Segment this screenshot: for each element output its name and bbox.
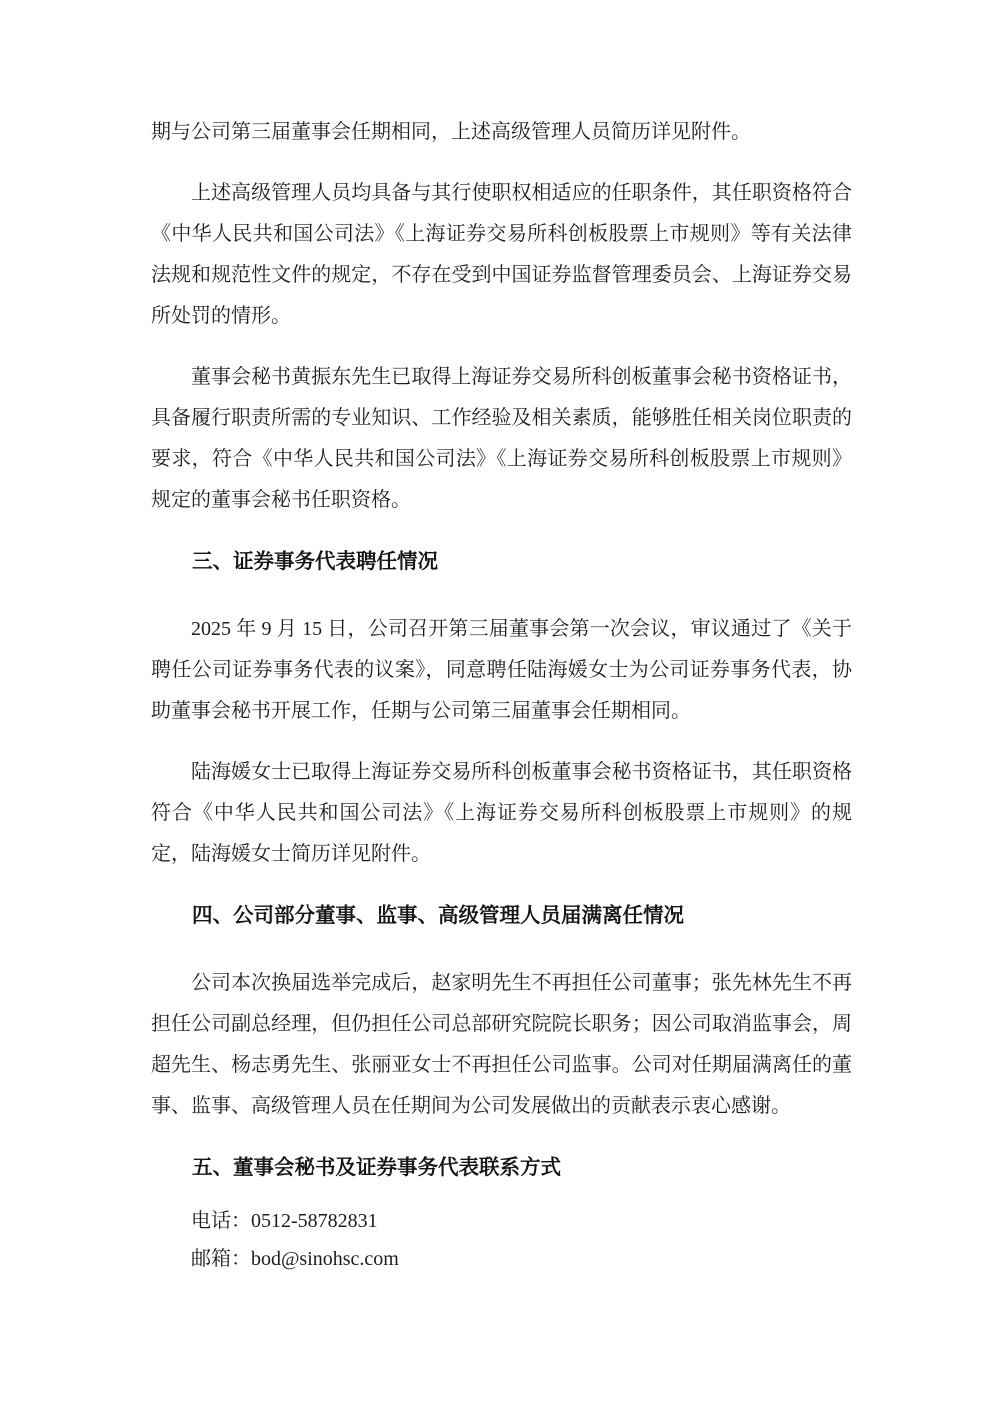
document-content: 期与公司第三届董事会任期相同，上述高级管理人员简历详见附件。 上述高级管理人员均… [151, 112, 852, 1278]
paragraph-lu-haiyuan-qualification: 陆海媛女士已取得上海证券交易所科创板董事会秘书资格证书，其任职资格符合《中华人民… [151, 752, 852, 875]
paragraph-departure-details: 公司本次换届选举完成后，赵家明先生不再担任公司董事；张先林先生不再担任公司副总经… [151, 963, 852, 1127]
paragraph-board-meeting-appointment: 2025 年 9 月 15 日，公司召开第三届董事会第一次会议，审议通过了《关于… [151, 609, 852, 732]
paragraph-board-secretary-qualification: 董事会秘书黄振东先生已取得上海证券交易所科创板董事会秘书资格证书，具备履行职责所… [151, 357, 852, 521]
section-heading-3-securities-affairs-representative: 三、证券事务代表聘任情况 [151, 541, 852, 582]
section-heading-4-departures: 四、公司部分董事、监事、高级管理人员届满离任情况 [151, 895, 852, 936]
paragraph-term-continuation: 期与公司第三届董事会任期相同，上述高级管理人员简历详见附件。 [151, 112, 852, 153]
section-heading-5-contact-info: 五、董事会秘书及证券事务代表联系方式 [151, 1147, 852, 1188]
contact-phone-line: 电话：0512-58782831 [151, 1202, 852, 1240]
document-page: 期与公司第三届董事会任期相同，上述高级管理人员简历详见附件。 上述高级管理人员均… [0, 0, 1000, 1414]
contact-email-line: 邮箱：bod@sinohsc.com [151, 1240, 852, 1278]
paragraph-senior-managers-qualification: 上述高级管理人员均具备与其行使职权相适应的任职条件，其任职资格符合《中华人民共和… [151, 173, 852, 337]
